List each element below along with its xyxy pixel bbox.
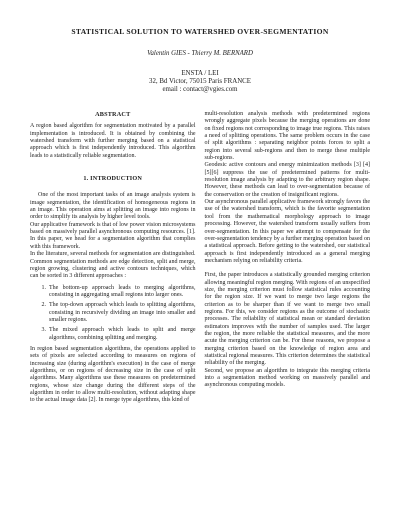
intro-paragraph-3: In the literature, several methods for s… xyxy=(30,251,196,280)
affiliation-email: email : contact@vgies.com xyxy=(30,86,370,94)
intro-paragraph-2: Our applicative framework is that of low… xyxy=(30,222,196,251)
intro-paragraph-4: In region based segmentation algorithms,… xyxy=(30,346,196,405)
right-column: multi-resolution analysis methods with p… xyxy=(205,111,371,405)
right-paragraph-4: First, the paper introduces a statistica… xyxy=(205,272,371,367)
list-item-number: 1. xyxy=(35,285,49,300)
list-item-text: The top-down approach which leads to spl… xyxy=(49,302,196,324)
affiliation-institution: ENSTA / LEI xyxy=(30,70,370,78)
introduction-heading: 1. INTRODUCTION xyxy=(30,175,196,182)
list-item-text: The mixed approach which leads to split … xyxy=(49,327,196,342)
list-item-text: The bottom-up approach leads to merging … xyxy=(49,285,196,300)
list-item: 1. The bottom-up approach leads to mergi… xyxy=(35,285,196,300)
left-column: ABSTRACT A region based algorithm for se… xyxy=(30,111,196,405)
list-item: 2. The top-down approach which leads to … xyxy=(35,302,196,324)
paper-title: STATISTICAL SOLUTION TO WATERSHED OVER-S… xyxy=(30,27,370,36)
paper-page: STATISTICAL SOLUTION TO WATERSHED OVER-S… xyxy=(0,0,400,518)
paper-authors: Valentin GIES - Thierry M. BERNARD xyxy=(30,50,370,58)
right-paragraph-3: Our asynchronous parallel applicative fr… xyxy=(205,199,371,265)
paper-header: STATISTICAL SOLUTION TO WATERSHED OVER-S… xyxy=(30,27,370,94)
intro-paragraph-1: One of the most important tasks of an im… xyxy=(30,192,196,221)
affiliation-address: 32, Bd Victor, 75015 Paris FRANCE xyxy=(30,78,370,86)
list-item-number: 2. xyxy=(35,302,49,324)
abstract-heading: ABSTRACT xyxy=(30,111,196,118)
affiliation-block: ENSTA / LEI 32, Bd Victor, 75015 Paris F… xyxy=(30,70,370,94)
right-paragraph-2: Geodesic active contours and energy mini… xyxy=(205,162,371,199)
two-column-body: ABSTRACT A region based algorithm for se… xyxy=(30,111,370,405)
abstract-text: A region based algorithm for segmentatio… xyxy=(30,123,196,160)
list-item: 3. The mixed approach which leads to spl… xyxy=(35,327,196,342)
right-paragraph-5: Second, we propose an algorithm to integ… xyxy=(205,368,371,390)
approaches-list: 1. The bottom-up approach leads to mergi… xyxy=(35,285,196,342)
list-item-number: 3. xyxy=(35,327,49,342)
right-paragraph-1: multi-resolution analysis methods with p… xyxy=(205,111,371,162)
